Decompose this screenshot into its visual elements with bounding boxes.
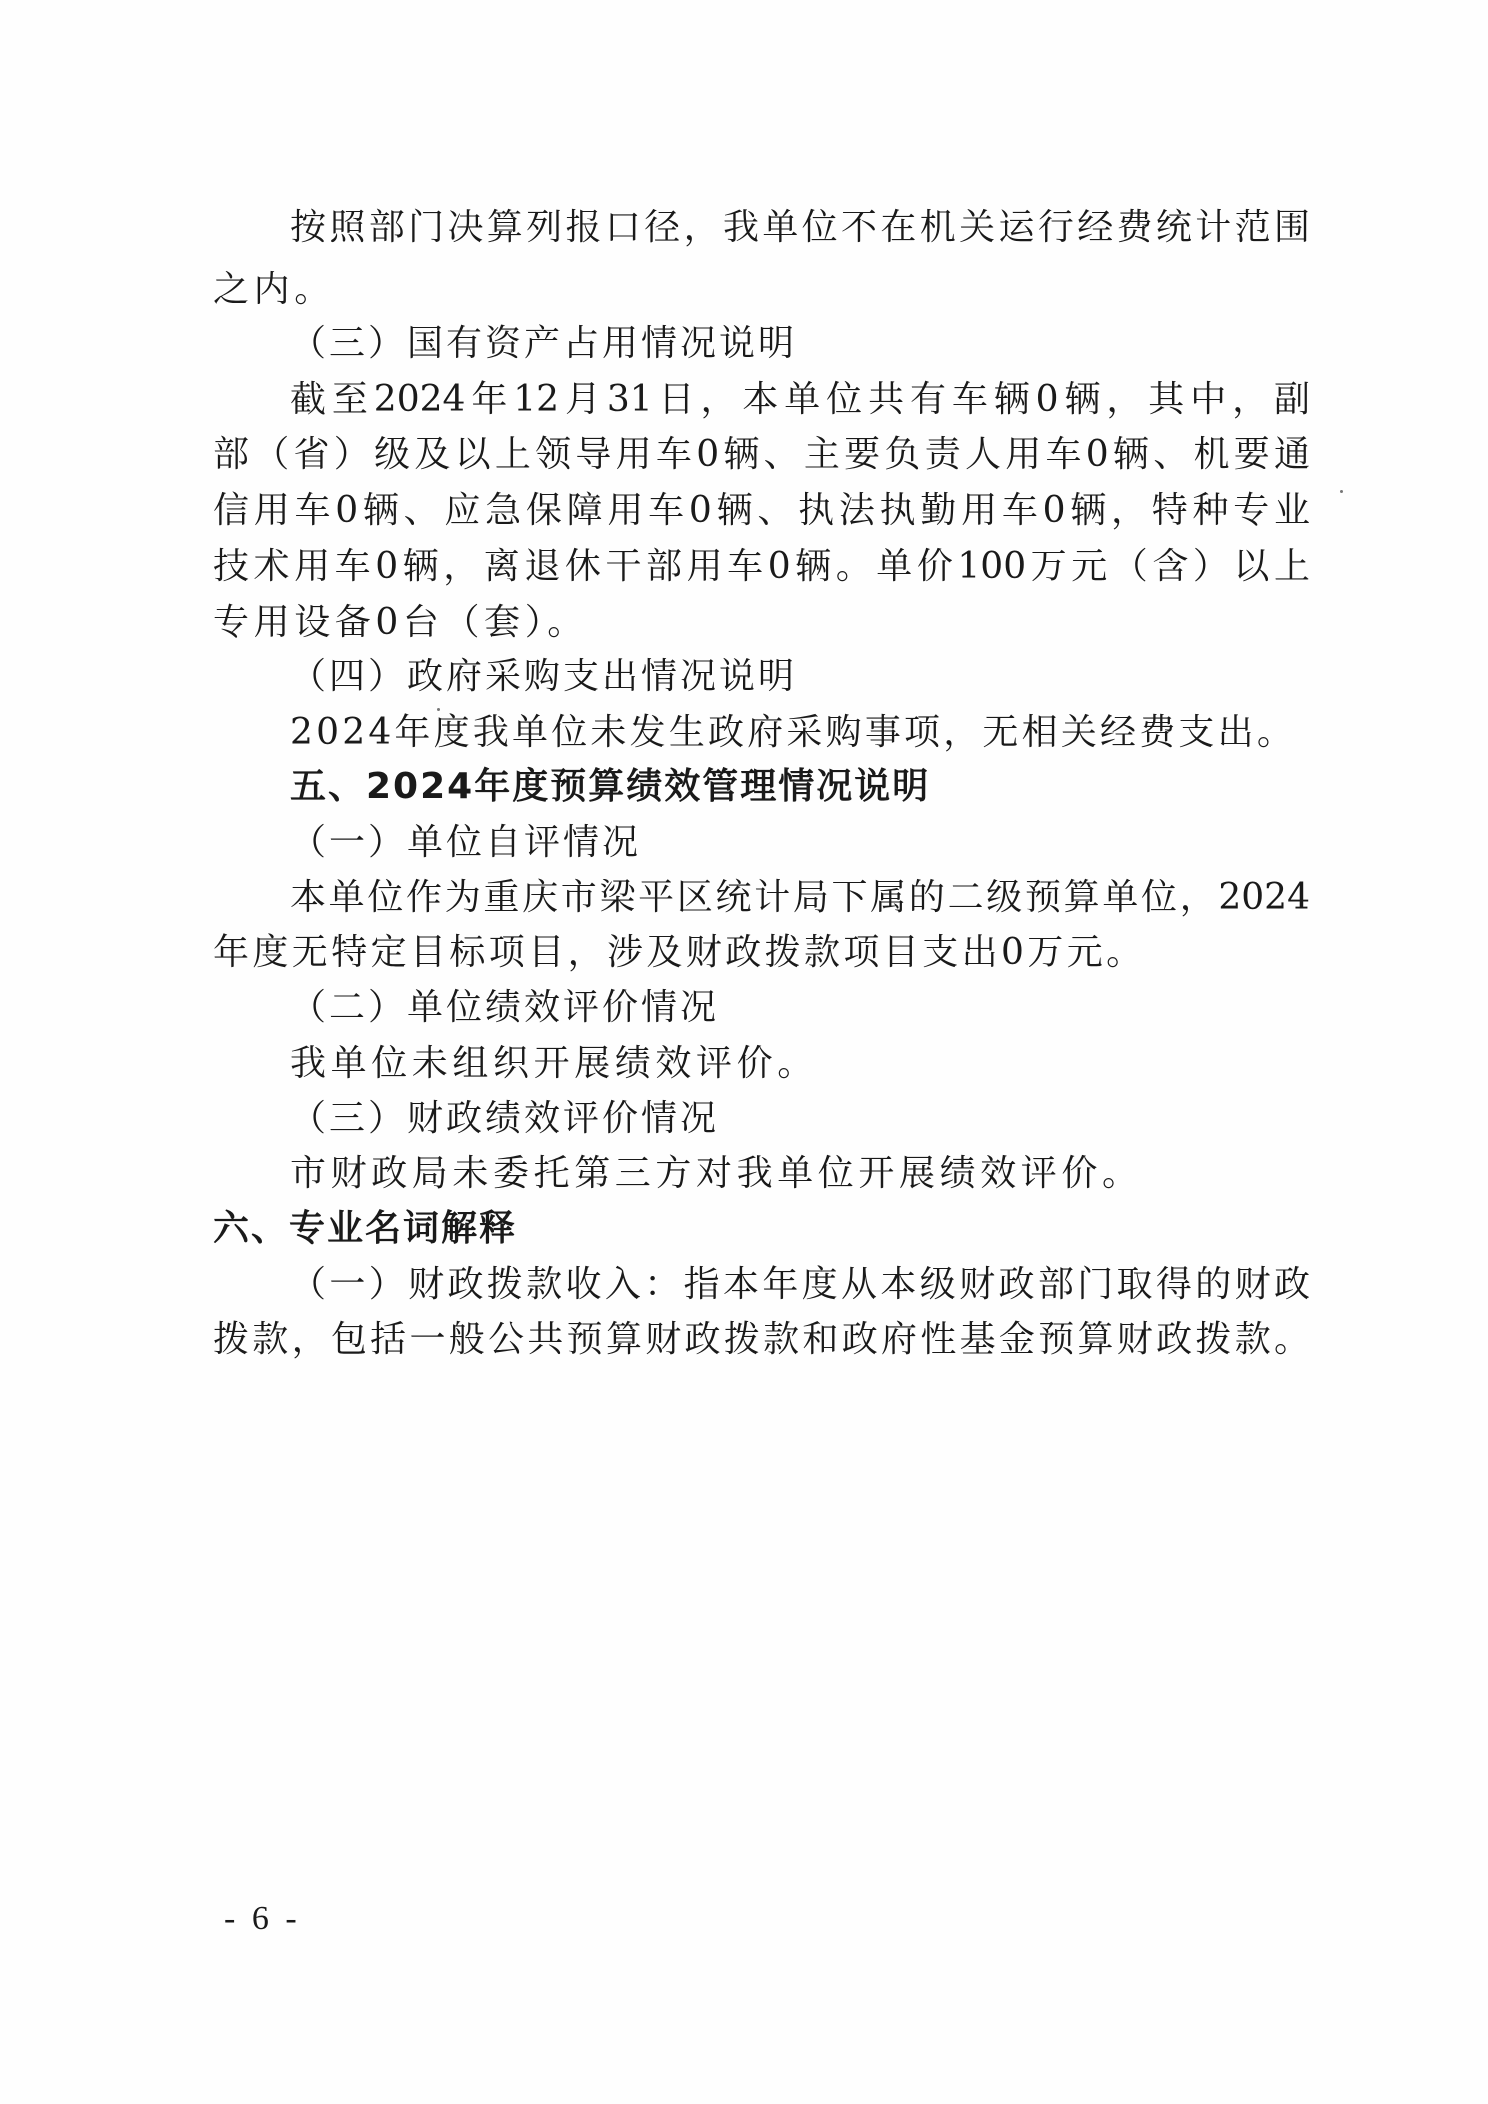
document-page: 按照部门决算列报口径，我单位不在机关运行经费统计范围 之内。 （三）国有资产占用…: [0, 0, 1488, 2104]
paragraph-line: 市财政局未委托第三方对我单位开展绩效评价。: [290, 1152, 1143, 1196]
subheading-procurement: （四）政府采购支出情况说明: [290, 655, 797, 699]
subheading-state-assets: （三）国有资产占用情况说明: [290, 322, 797, 366]
paragraph-line: 信用车0辆、应急保障用车0辆、执法执勤用车0辆，特种专业: [213, 489, 1310, 533]
section-heading-glossary: 六、专业名词解释: [213, 1207, 517, 1251]
subheading-self-evaluation: （一）单位自评情况: [290, 821, 641, 865]
paragraph-line: 截至2024年12月31日，本单位共有车辆0辆，其中，副: [290, 378, 1310, 422]
paragraph-line: 我单位未组织开展绩效评价。: [290, 1042, 818, 1086]
section-heading-performance: 五、2024年度预算绩效管理情况说明: [290, 765, 930, 809]
paragraph-line: 本单位作为重庆市梁平区统计局下属的二级预算单位，2024: [290, 876, 1310, 920]
paragraph-line: 拨款，包括一般公共预算财政拨款和政府性基金预算财政拨款。: [213, 1318, 1310, 1362]
paragraph-line: 之内。: [213, 268, 335, 312]
subheading-fiscal-evaluation: （三）财政绩效评价情况: [290, 1097, 719, 1141]
paragraph-line: 年度无特定目标项目，涉及财政拨款项目支出0万元。: [213, 931, 1146, 975]
scan-speck: [1340, 490, 1343, 493]
paragraph-line: 2024年度我单位未发生政府采购事项，无相关经费支出。: [290, 711, 1296, 755]
scan-speck: [437, 708, 440, 711]
paragraph-line: 部（省）级及以上领导用车0辆、主要负责人用车0辆、机要通: [213, 433, 1310, 477]
subheading-unit-evaluation: （二）单位绩效评价情况: [290, 986, 719, 1030]
paragraph-line: 技术用车0辆，离退休干部用车0辆。单价100万元（含）以上: [213, 545, 1310, 589]
paragraph-line: 专用设备0台（套）。: [213, 601, 588, 645]
page-number: - 6 -: [224, 1900, 301, 1938]
paragraph-line: 按照部门决算列报口径，我单位不在机关运行经费统计范围: [290, 206, 1310, 250]
paragraph-line: （一）财政拨款收入：指本年度从本级财政部门取得的财政: [290, 1263, 1310, 1307]
